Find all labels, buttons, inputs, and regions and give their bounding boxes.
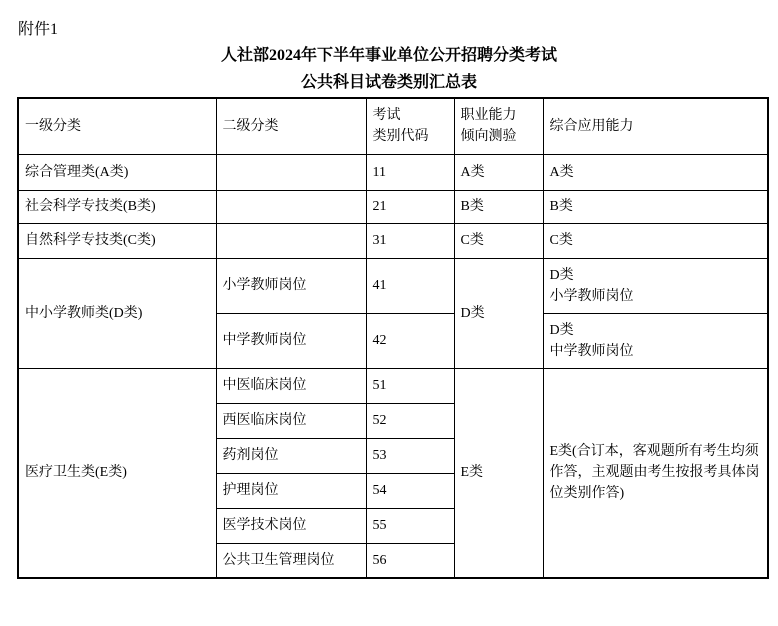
cell-comprehensive-ability: D类 中学教师岗位 [543,313,768,368]
cell-exam-code: 41 [366,258,454,313]
cell-aptitude-test: D类 [454,258,543,368]
cell-exam-code: 11 [366,154,454,190]
attachment-label: 附件1 [18,20,58,40]
cell-exam-code: 56 [366,543,454,578]
table-row-d1: 中小学教师类(D类) 小学教师岗位 41 D类 D类 小学教师岗位 [18,258,768,313]
header-exam-code: 考试 类别代码 [366,98,454,154]
document-title-line1: 人社部2024年下半年事业单位公开招聘分类考试 [0,46,778,66]
cell-level2-position [216,190,366,223]
cell-level2-position: 护理岗位 [216,473,366,508]
cell-level2-position [216,223,366,258]
cell-level1-category: 自然科学专技类(C类) [18,223,216,258]
cell-level2-position: 西医临床岗位 [216,403,366,438]
cell-level2-position: 医学技术岗位 [216,508,366,543]
header-level2-category: 二级分类 [216,98,366,154]
cell-comprehensive-ability: E类(合订本，客观题所有考生均须作答，主观题由考生按报考具体岗位类别作答) [543,368,768,578]
cell-aptitude-test: C类 [454,223,543,258]
table-row-b: 社会科学专技类(B类) 21 B类 B类 [18,190,768,223]
cell-exam-code: 55 [366,508,454,543]
cell-aptitude-test: B类 [454,190,543,223]
cell-aptitude-test: E类 [454,368,543,578]
cell-comprehensive-ability: C类 [543,223,768,258]
cell-comprehensive-ability: A类 [543,154,768,190]
table-header-row: 一级分类 二级分类 考试 类别代码 职业能力 倾向测验 综合应用能力 [18,98,768,154]
cell-level2-position [216,154,366,190]
cell-exam-code: 53 [366,438,454,473]
cell-level2-position: 小学教师岗位 [216,258,366,313]
cell-level1-category: 医疗卫生类(E类) [18,368,216,578]
document-page: 附件1 人社部2024年下半年事业单位公开招聘分类考试 公共科目试卷类别汇总表 … [0,0,778,626]
cell-level1-category: 社会科学专技类(B类) [18,190,216,223]
cell-aptitude-test: A类 [454,154,543,190]
cell-level2-position: 中学教师岗位 [216,313,366,368]
cell-level2-position: 中医临床岗位 [216,368,366,403]
header-aptitude-test: 职业能力 倾向测验 [454,98,543,154]
header-comprehensive-ability: 综合应用能力 [543,98,768,154]
cell-exam-code: 21 [366,190,454,223]
table-row-c: 自然科学专技类(C类) 31 C类 C类 [18,223,768,258]
cell-exam-code: 31 [366,223,454,258]
exam-category-summary-table: 一级分类 二级分类 考试 类别代码 职业能力 倾向测验 综合应用能力 综合管理类… [17,97,769,579]
cell-exam-code: 42 [366,313,454,368]
cell-level1-category: 综合管理类(A类) [18,154,216,190]
table-row-e1: 医疗卫生类(E类) 中医临床岗位 51 E类 E类(合订本，客观题所有考生均须作… [18,368,768,403]
cell-comprehensive-ability: D类 小学教师岗位 [543,258,768,313]
cell-exam-code: 51 [366,368,454,403]
cell-level2-position: 公共卫生管理岗位 [216,543,366,578]
cell-comprehensive-ability: B类 [543,190,768,223]
table-row-a: 综合管理类(A类) 11 A类 A类 [18,154,768,190]
header-level1-category: 一级分类 [18,98,216,154]
cell-level2-position: 药剂岗位 [216,438,366,473]
cell-level1-category: 中小学教师类(D类) [18,258,216,368]
document-title-line2: 公共科目试卷类别汇总表 [0,73,778,93]
cell-exam-code: 52 [366,403,454,438]
cell-exam-code: 54 [366,473,454,508]
